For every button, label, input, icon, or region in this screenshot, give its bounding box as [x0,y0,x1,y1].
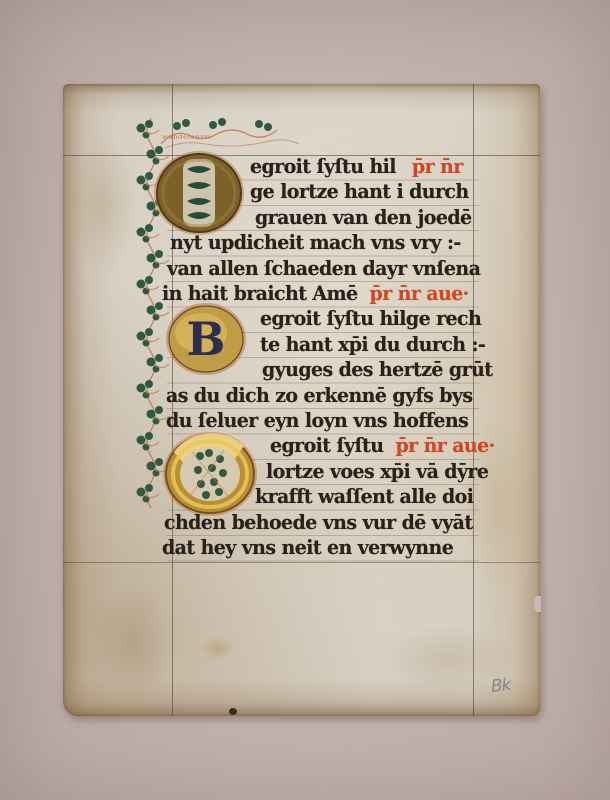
body-text: egroit ſyſtu hil [250,156,396,178]
manuscript-text-line: ge lortze hant i durch [250,180,469,206]
body-text: egroit ſyſtu hilge rech [260,308,481,330]
body-text: te hant xp̄i du durch :- [260,334,485,356]
manuscript-text-line: dat hey vns neit en verwynne [162,536,453,562]
body-text: as du dich zo erkennē gyfs bys [166,385,472,407]
pencil-inscription: Bk [490,675,511,697]
rubric-text: p̄r n̄r aue· [370,283,469,305]
body-text: du ſeluer eyn loyn vns hoffens [166,410,468,432]
manuscript-text-line: van allen ſchaeden dayr vnſena [167,257,480,283]
manuscript-text-line: te hant xp̄i du durch :- [260,333,485,359]
manuscript-text-line: gyuges des hertzē grūt [262,358,492,384]
manuscript-text-line: egroit ſyſtu hilge rech [260,307,481,333]
body-text: chden behoede vns vur dē vyāt [164,512,473,534]
manuscript-text-line: nyt updicheit mach vns vry :- [170,231,461,257]
body-text: krafft waſſent alle doi [255,486,473,508]
manuscript-text-line: as du dich zo erkennē gyfs bys [166,384,472,410]
body-text: gyuges des hertzē grūt [262,359,492,381]
body-text: dat hey vns neit en verwynne [162,537,453,559]
body-text: lortze voes xp̄i vā dȳre [266,461,488,483]
manuscript-text-line: chden behoede vns vur dē vyāt [164,511,473,537]
manuscript-text-line: lortze voes xp̄i vā dȳre [266,460,488,486]
body-text: grauen van den joedē [255,207,472,229]
rubric-text: p̄r n̄r aue· [395,435,494,457]
rubric-text: p̄r n̄r [412,156,463,178]
body-text: nyt updicheit mach vns vry :- [170,232,461,254]
body-text: in hait braicht Amē [162,283,358,305]
manuscript-text-line: egroit ſyſtup̄r n̄r aue· [270,434,495,460]
manuscript-text-line: egroit ſyſtu hilp̄r n̄r [250,155,463,181]
body-text: ge lortze hant i durch [250,181,469,203]
manuscript-text-line: in hait braicht Amēp̄r n̄r aue· [162,282,469,308]
manuscript-text-line: du ſeluer eyn loyn vns hoffens [166,409,468,435]
manuscript-text-line: grauen van den joedē [255,206,472,232]
body-text: van allen ſchaeden dayr vnſena [167,258,480,280]
manuscript-text-line: krafft waſſent alle doi [255,485,473,511]
text-block: egroit ſyſtu hilp̄r n̄rge lortze hant i … [63,84,540,716]
manuscript-leaf: wandelonvri B [63,84,540,716]
body-text: egroit ſyſtu [270,435,383,457]
